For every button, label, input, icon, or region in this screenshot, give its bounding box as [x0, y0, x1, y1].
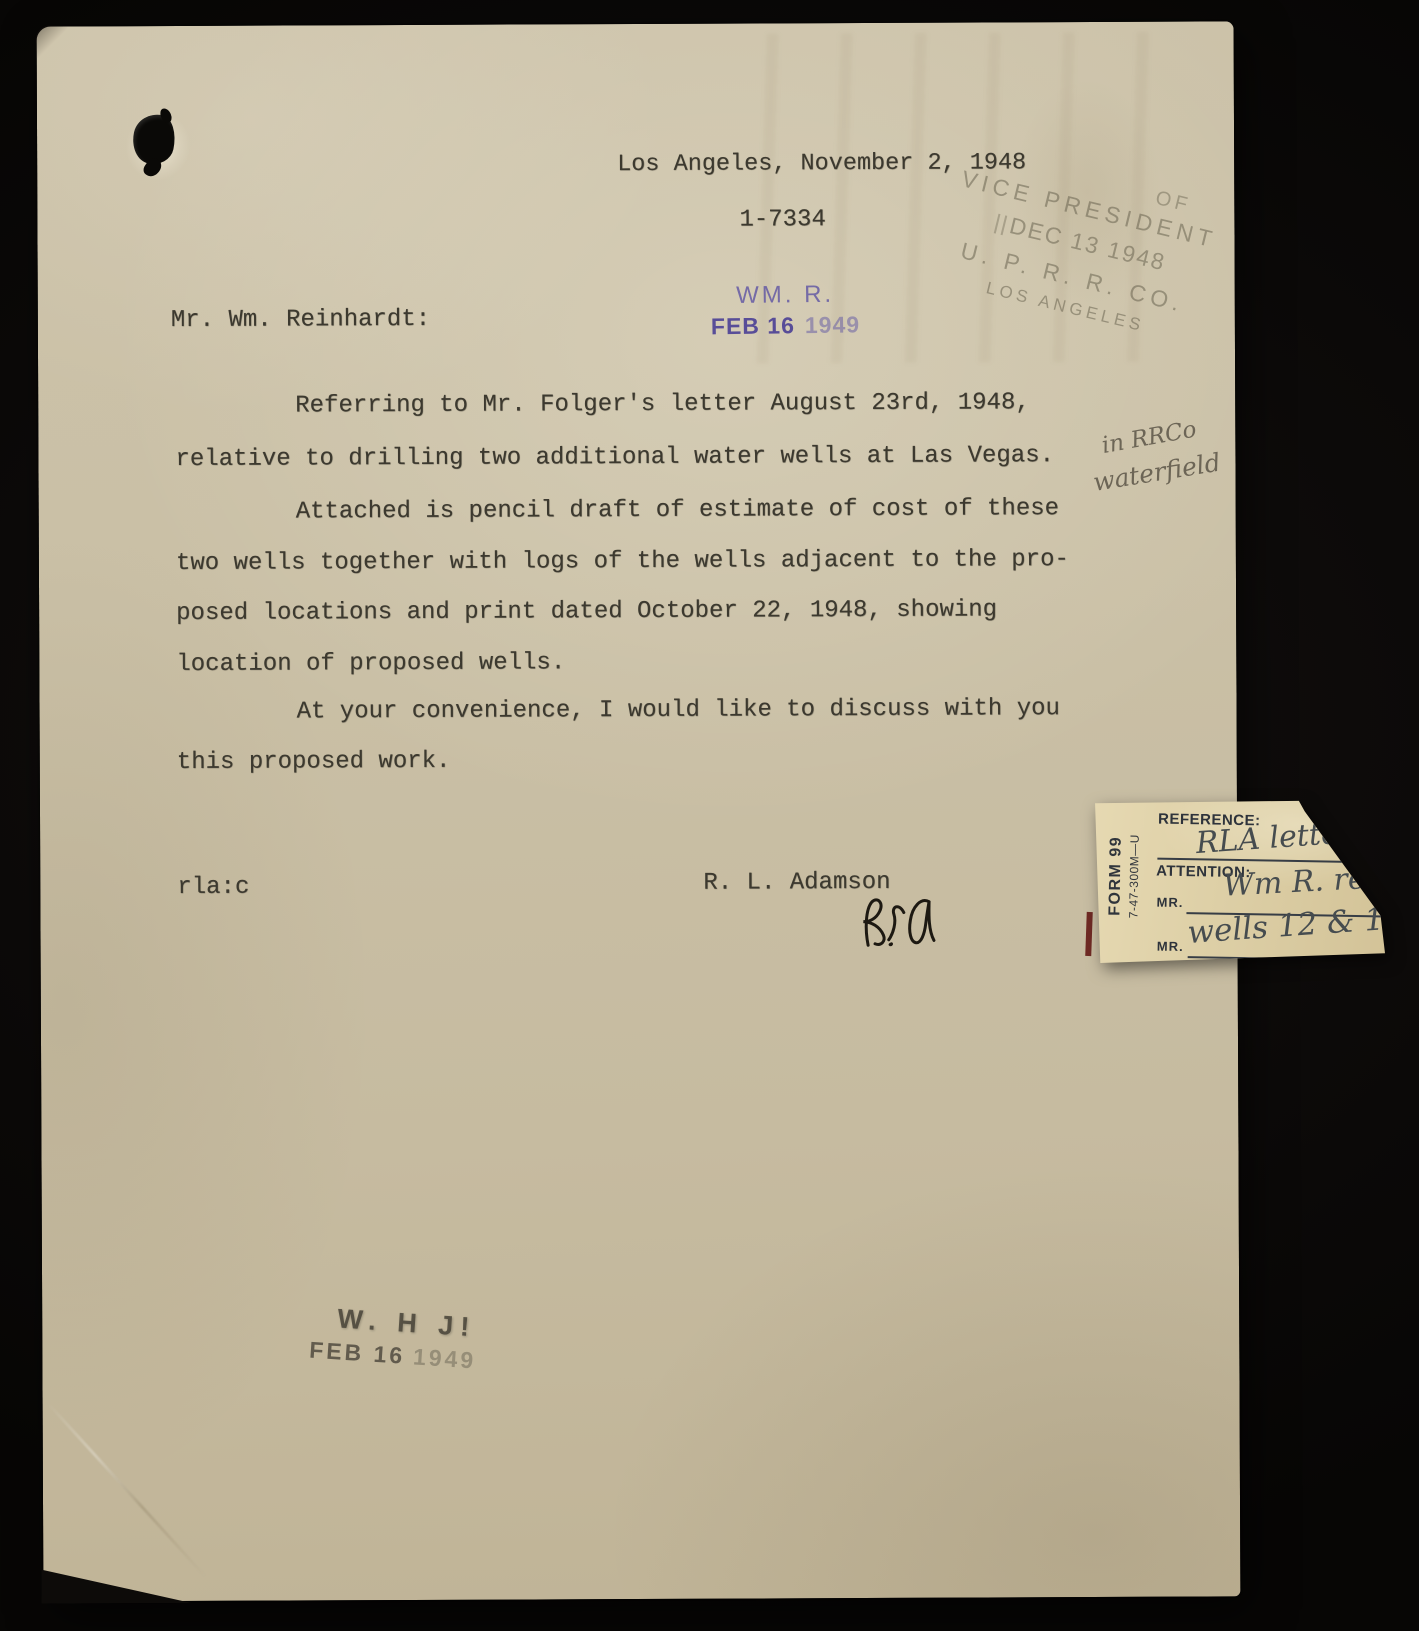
body-line: this proposed work.	[177, 748, 451, 777]
file-number: 1-7334	[739, 206, 826, 234]
stamp-name-line: WM. R.	[677, 280, 892, 311]
letter-page: Los Angeles, November 2, 1948 1-7334 WM.…	[37, 21, 1241, 1601]
stamp-date-line: FEB 161949	[308, 1337, 477, 1375]
tag-rule-line	[1188, 956, 1384, 961]
routing-tag: FORM 99 7-47-300M—U REFERENCE: RLA lette…	[1093, 800, 1385, 963]
stamp-initials-line: W. H J!	[336, 1303, 479, 1343]
attention-value: Wm R. re	[1222, 861, 1366, 903]
body-line: relative to drilling two additional wate…	[175, 442, 1054, 473]
typist-initials: rla:c	[177, 874, 249, 902]
subject-value: wells 12 & 13.	[1186, 899, 1414, 951]
corner-tear	[41, 1569, 191, 1604]
mr-label: MR.	[1156, 895, 1183, 910]
stamp-date-line: FEB 161949	[678, 311, 893, 341]
handwritten-signature	[850, 887, 949, 956]
body-line: posed locations and print dated October …	[176, 596, 997, 627]
body-line: location of proposed wells.	[176, 649, 565, 678]
received-stamp-wm-r: WM. R. FEB 161949	[677, 280, 893, 341]
received-stamp-w-h-j: W. H J! FEB 161949	[308, 1302, 479, 1375]
paper-crease	[46, 1402, 206, 1578]
routing-tag-paper: FORM 99 7-47-300M—U REFERENCE: RLA lette…	[1093, 800, 1385, 963]
body-line: Attached is pencil draft of estimate of …	[296, 495, 1059, 526]
mr-label: MR.	[1157, 939, 1184, 954]
corner-fold	[36, 25, 68, 57]
body-line: two wells together with logs of the well…	[176, 546, 1069, 577]
salutation: Mr. Wm. Reinhardt:	[171, 306, 430, 335]
body-line: Referring to Mr. Folger's letter August …	[295, 389, 1030, 420]
body-line: At your convenience, I would like to dis…	[297, 695, 1060, 726]
scanned-document-view: Los Angeles, November 2, 1948 1-7334 WM.…	[0, 0, 1419, 1631]
